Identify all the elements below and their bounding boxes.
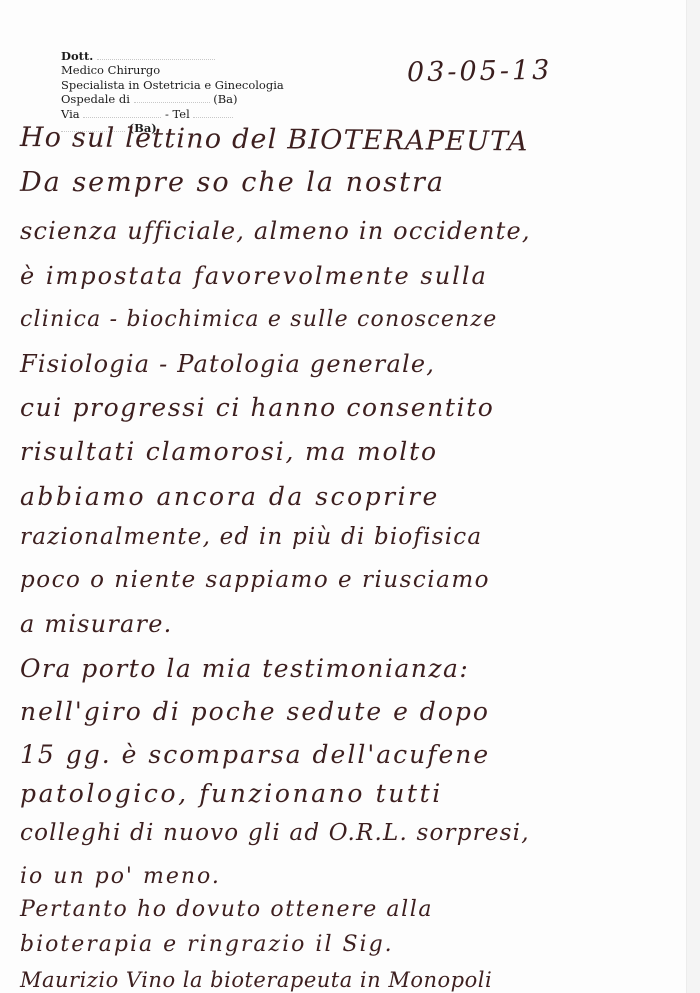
- handwritten-line: poco o niente sappiamo e riusciamo: [20, 567, 490, 593]
- handwritten-line: Pertanto ho dovuto ottenere alla: [20, 897, 433, 922]
- handwritten-line: è impostata favorevolmente sulla: [20, 262, 488, 290]
- handwritten-line: patologico, funzionano tutti: [20, 779, 443, 808]
- handwritten-line: 15 gg. è scomparsa dell'acufene: [20, 740, 490, 769]
- handwritten-line: bioterapia e ringrazio il Sig.: [20, 932, 394, 957]
- handwritten-line: Fisiologia - Patologia generale,: [20, 350, 435, 378]
- letterhead-phone-prefix: - Tel: [165, 107, 190, 121]
- letterhead-hospital-suffix: (Ba): [213, 92, 237, 106]
- handwritten-line: abbiamo ancora da scoprire: [20, 482, 440, 511]
- redacted-hospital: [134, 93, 210, 103]
- letterhead-hospital-prefix: Ospedale di: [61, 92, 130, 106]
- letterhead-address-prefix: Via: [61, 107, 80, 121]
- redacted-phone: [193, 108, 233, 118]
- handwritten-line: Ora porto la mia testimonianza:: [20, 654, 469, 683]
- handwritten-line: clinica - biochimica e sulle conoscenze: [20, 307, 497, 332]
- handwritten-line: razionalmente, ed in più di biofisica: [20, 524, 482, 550]
- handwritten-line: scienza ufficiale, almeno in occidente,: [20, 217, 531, 245]
- letterhead-specialty: Specialista in Ostetricia e Ginecologia: [61, 78, 284, 92]
- handwritten-line: a misurare.: [20, 610, 172, 638]
- scan-edge: [686, 0, 700, 993]
- handwritten-line: cui progressi ci hanno consentito: [20, 393, 494, 422]
- redacted-address: [83, 108, 161, 118]
- handwritten-line: io un po' meno.: [20, 864, 221, 889]
- handwritten-line: nell'giro di poche sedute e dopo: [20, 697, 490, 726]
- handwritten-line: Maurizio Vino la bioterapeuta in Monopol…: [20, 968, 492, 992]
- letterhead-address-line: Via - Tel: [61, 107, 284, 121]
- handwritten-line: Ho sul lettino del BIOTERAPEUTA: [20, 122, 529, 157]
- letterhead-title-prefix: Dott.: [61, 49, 93, 63]
- handwritten-date: 03-05-13: [407, 55, 553, 89]
- handwritten-line: colleghi di nuovo gli ad O.R.L. sorpresi…: [20, 820, 530, 846]
- handwritten-line: risultati clamorosi, ma molto: [20, 437, 438, 466]
- redacted-name: [97, 50, 215, 60]
- handwritten-line: Da sempre so che la nostra: [20, 167, 445, 198]
- scanned-letter-page: Dott. Medico Chirurgo Specialista in Ost…: [0, 0, 686, 993]
- letterhead-hospital-line: Ospedale di (Ba): [61, 92, 284, 106]
- letterhead-doctor-line: Dott.: [61, 49, 284, 63]
- letterhead-profession: Medico Chirurgo: [61, 63, 284, 77]
